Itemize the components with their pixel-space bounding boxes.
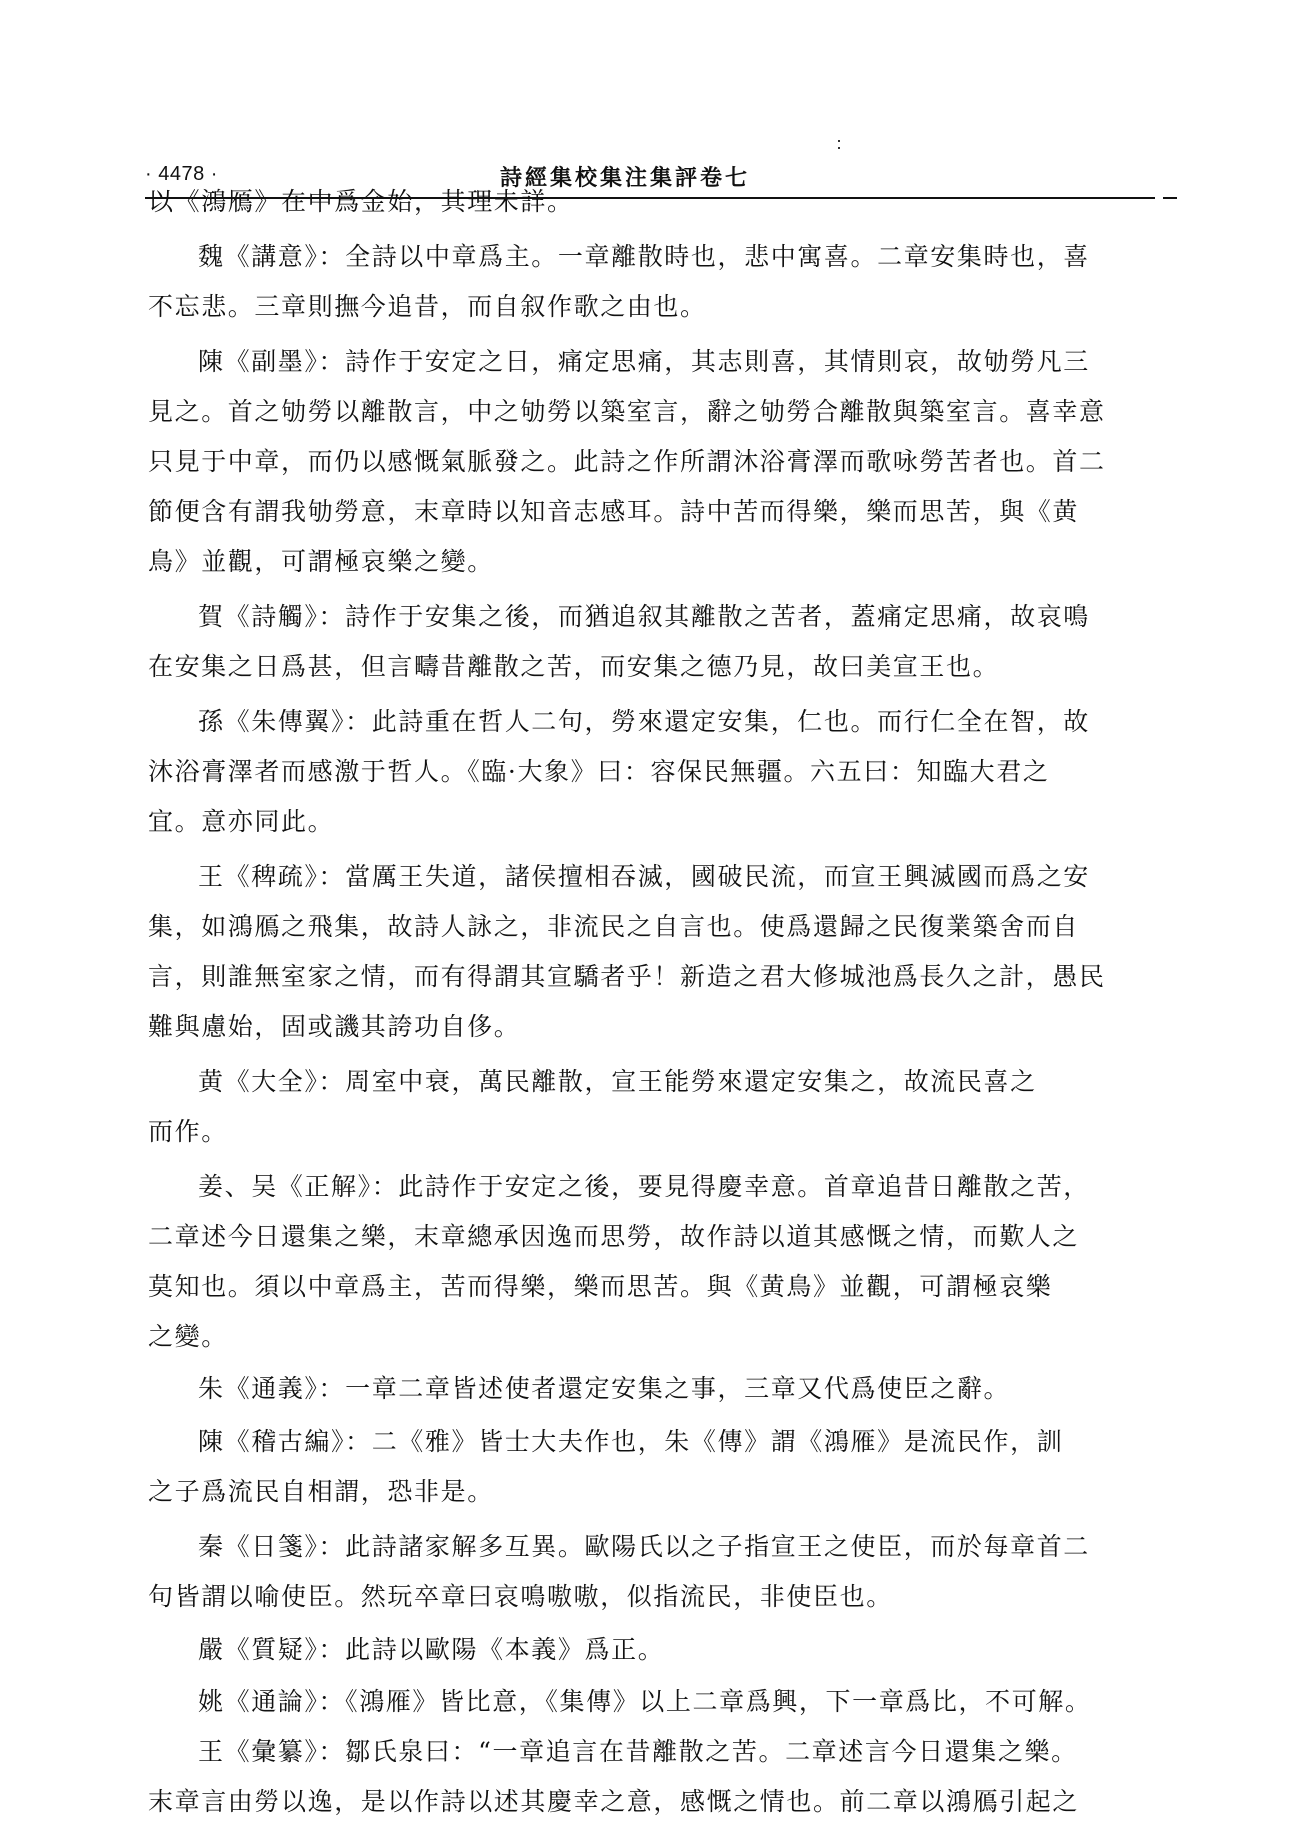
text-line: 之子爲流民自相謂，恐非是。 [148, 1477, 494, 1507]
text-line: 難與慮始，固或譏其誇功自侈。 [148, 1012, 520, 1042]
scan-speck [838, 140, 840, 142]
text-line: 沐浴膏澤者而感激于哲人。《臨·大象》曰：容保民無疆。六五曰：知臨大君之 [148, 757, 1049, 787]
text-line: 賀《詩觸》：詩作于安集之後，而猶追叙其離散之苦者，蓋痛定思痛，故哀鳴 [198, 602, 1090, 632]
text-line: 節便含有謂我劬勞意，末章時以知音志感耳。詩中苦而得樂，樂而思苦，與《黄 [148, 497, 1079, 527]
text-line: 在安集之日爲甚，但言疇昔離散之苦，而安集之德乃見，故曰美宣王也。 [148, 652, 999, 682]
scan-speck [838, 147, 840, 149]
text-line: 句皆謂以喻使臣。然玩卒章曰哀鳴嗷嗷，似指流民，非使臣也。 [148, 1582, 893, 1612]
text-line: 之變。 [148, 1322, 228, 1352]
text-line: 末章言由勞以逸，是以作詩以述其慶幸之意，感慨之情也。前二章以鴻鴈引起之 [148, 1787, 1079, 1817]
text-line: 姚《通論》：《鴻雁》皆比意，《集傳》以上二章爲興，下一章爲比，不可解。 [198, 1687, 1092, 1717]
text-line: 鳥》並觀，可謂極哀樂之變。 [148, 547, 494, 577]
text-line: 王《稗疏》：當厲王失道，諸侯擅相吞滅，國破民流，而宣王興滅國而爲之安 [198, 862, 1090, 892]
page-number: · 4478 · [145, 163, 218, 186]
text-line: 秦《日箋》：此詩諸家解多互異。歐陽氏以之子指宣王之使臣，而於每章首二 [198, 1532, 1090, 1562]
text-line: 陳《稽古編》：二《雅》皆士大夫作也，朱《傳》謂《鴻雁》是流民作，訓 [198, 1427, 1063, 1457]
text-line: 言，則誰無室家之情，而有得謂其宣驕者乎！新造之君大修城池爲長久之計，愚民 [148, 962, 1106, 992]
text-line: 王《彙纂》：鄒氏泉曰：“一章追言在昔離散之苦。二章述言今日還集之樂。 [198, 1737, 1078, 1767]
text-line: 二章述今日還集之樂，末章總承因逸而思勞，故作詩以道其感慨之情，而歎人之 [148, 1222, 1079, 1252]
header-rule-tail [1163, 197, 1177, 199]
text-line: 見之。首之劬勞以離散言，中之劬勞以築室言，辭之劬勞合離散與築室言。喜幸意 [148, 397, 1106, 427]
text-line: 朱《通義》：一章二章皆述使者還定安集之事，三章又代爲使臣之辭。 [198, 1374, 1010, 1404]
text-line: 而作。 [148, 1117, 228, 1147]
text-line: 宜。意亦同此。 [148, 807, 334, 837]
text-line: 只見于中章，而仍以感慨氣脈發之。此詩之作所謂沐浴膏澤而歌咏勞苦者也。首二 [148, 447, 1106, 477]
text-line: 集，如鴻鴈之飛集，故詩人詠之，非流民之自言也。使爲還歸之民復業築舍而自 [148, 912, 1079, 942]
text-line: 姜、吴《正解》：此詩作于安定之後，要見得慶幸意。首章追昔日離散之苦， [198, 1172, 1090, 1202]
text-line: 孫《朱傳翼》：此詩重在哲人二句，勞來還定安集，仁也。而行仁全在智，故 [198, 707, 1090, 737]
text-line: 陳《副墨》：詩作于安定之日，痛定思痛，其志則喜，其情則哀，故劬勞凡三 [198, 347, 1090, 377]
text-line: 嚴《質疑》：此詩以歐陽《本義》爲正。 [198, 1635, 664, 1665]
text-line: 莫知也。須以中章爲主，苦而得樂，樂而思苦。與《黄鳥》並觀，可謂極哀樂 [148, 1272, 1052, 1302]
text-line: 魏《講意》：全詩以中章爲主。一章離散時也，悲中寓喜。二章安集時也，喜 [198, 242, 1090, 272]
text-line: 不忘悲。三章則撫今追昔，而自叙作歌之由也。 [148, 292, 707, 322]
text-line: 黄《大全》：周室中衰，萬民離散，宣王能勞來還定安集之，故流民喜之 [198, 1067, 1037, 1097]
text-line: 以《鴻鴈》在中爲金始，其理未詳。 [148, 187, 574, 217]
